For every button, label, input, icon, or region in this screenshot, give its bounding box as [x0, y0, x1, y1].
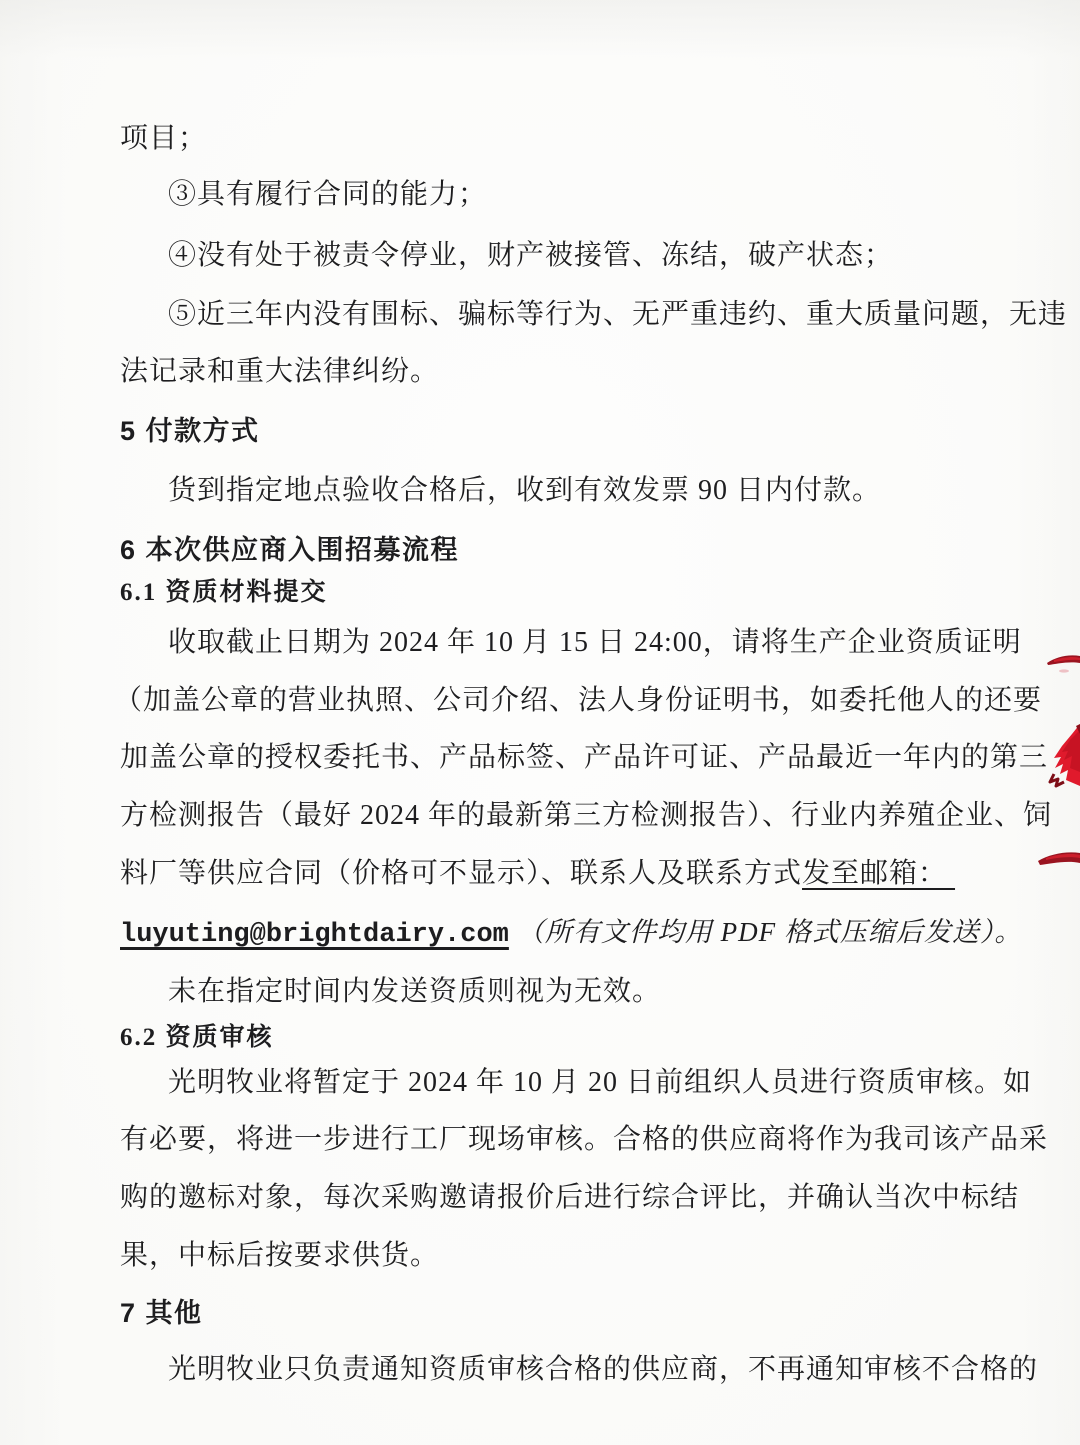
section-5-heading: 5 付款方式 [120, 412, 260, 450]
section-7-heading: 7 其他 [120, 1294, 203, 1332]
email-address: luyuting@brightdairy.com [120, 920, 509, 950]
red-ink-stroke-bottom [1038, 847, 1080, 869]
paragraph-intro-continuation: 项目； [120, 120, 207, 158]
scanned-document-page: 项目； ③具有履行合同的能力； ④没有处于被责令停业，财产被接管、冻结，破产状态… [0, 0, 1080, 1445]
section-6-1-heading: 6.1 资质材料提交 [120, 574, 328, 612]
section-6-1-line2: （加盖公章的营业执照、公司介绍、法人身份证明书，如委托他人的还要 [114, 682, 1042, 720]
list-item-5-line1: ⑤近三年内没有围标、骗标等行为、无严重违约、重大质量问题，无违 [168, 296, 1067, 334]
section-6-2-heading: 6.2 资质审核 [120, 1019, 274, 1057]
section-5-body: 货到指定地点验收合格后，收到有效发票 90 日内付款。 [168, 472, 881, 510]
email-line: luyuting@brightdairy.com （所有文件均用 PDF 格式压… [120, 913, 1022, 954]
invalid-submission-note: 未在指定时间内发送资质则视为无效。 [168, 973, 661, 1011]
section-7-line1: 光明牧业只负责通知资质审核合格的供应商，不再通知审核不合格的 [168, 1351, 1038, 1389]
list-item-3: ③具有履行合同的能力； [168, 176, 487, 214]
section-6-2-line2: 有必要，将进一步进行工厂现场审核。合格的供应商将作为我司该产品采 [120, 1121, 1048, 1159]
section-6-2-line1: 光明牧业将暂定于 2024 年 10 月 20 日前组织人员进行资质审核。如 [168, 1064, 1032, 1102]
section-6-2-line4: 果，中标后按要求供货。 [120, 1237, 439, 1275]
section-6-heading: 6 本次供应商入围招募流程 [120, 531, 459, 569]
list-item-4: ④没有处于被责令停业，财产被接管、冻结，破产状态； [168, 237, 893, 275]
email-format-note: （所有文件均用 PDF 格式压缩后发送）。 [517, 917, 1022, 947]
section-6-2-line3: 购的邀标对象，每次采购邀请报价后进行综合评比，并确认当次中标结 [120, 1179, 1019, 1217]
red-ink-stroke-top [1044, 648, 1080, 674]
line5-plain-text: 料厂等供应合同（价格可不显示）、联系人及联系方式 [120, 858, 802, 889]
send-to-mailbox-underlined: 发至邮箱： [802, 858, 955, 889]
section-6-1-line3: 加盖公章的授权委托书、产品标签、产品许可证、产品最近一年内的第三 [120, 739, 1048, 777]
list-item-5-line2: 法记录和重大法律纠纷。 [120, 353, 439, 391]
red-ink-stamp-fragment [1048, 724, 1080, 790]
section-6-1-line4: 方检测报告（最好 2024 年的最新第三方检测报告）、行业内养殖企业、饲 [120, 797, 1052, 835]
section-6-1-line1: 收取截止日期为 2024 年 10 月 15 日 24:00，请将生产企业资质证… [168, 624, 1022, 662]
section-6-1-line5: 料厂等供应合同（价格可不显示）、联系人及联系方式发至邮箱： [120, 855, 955, 893]
